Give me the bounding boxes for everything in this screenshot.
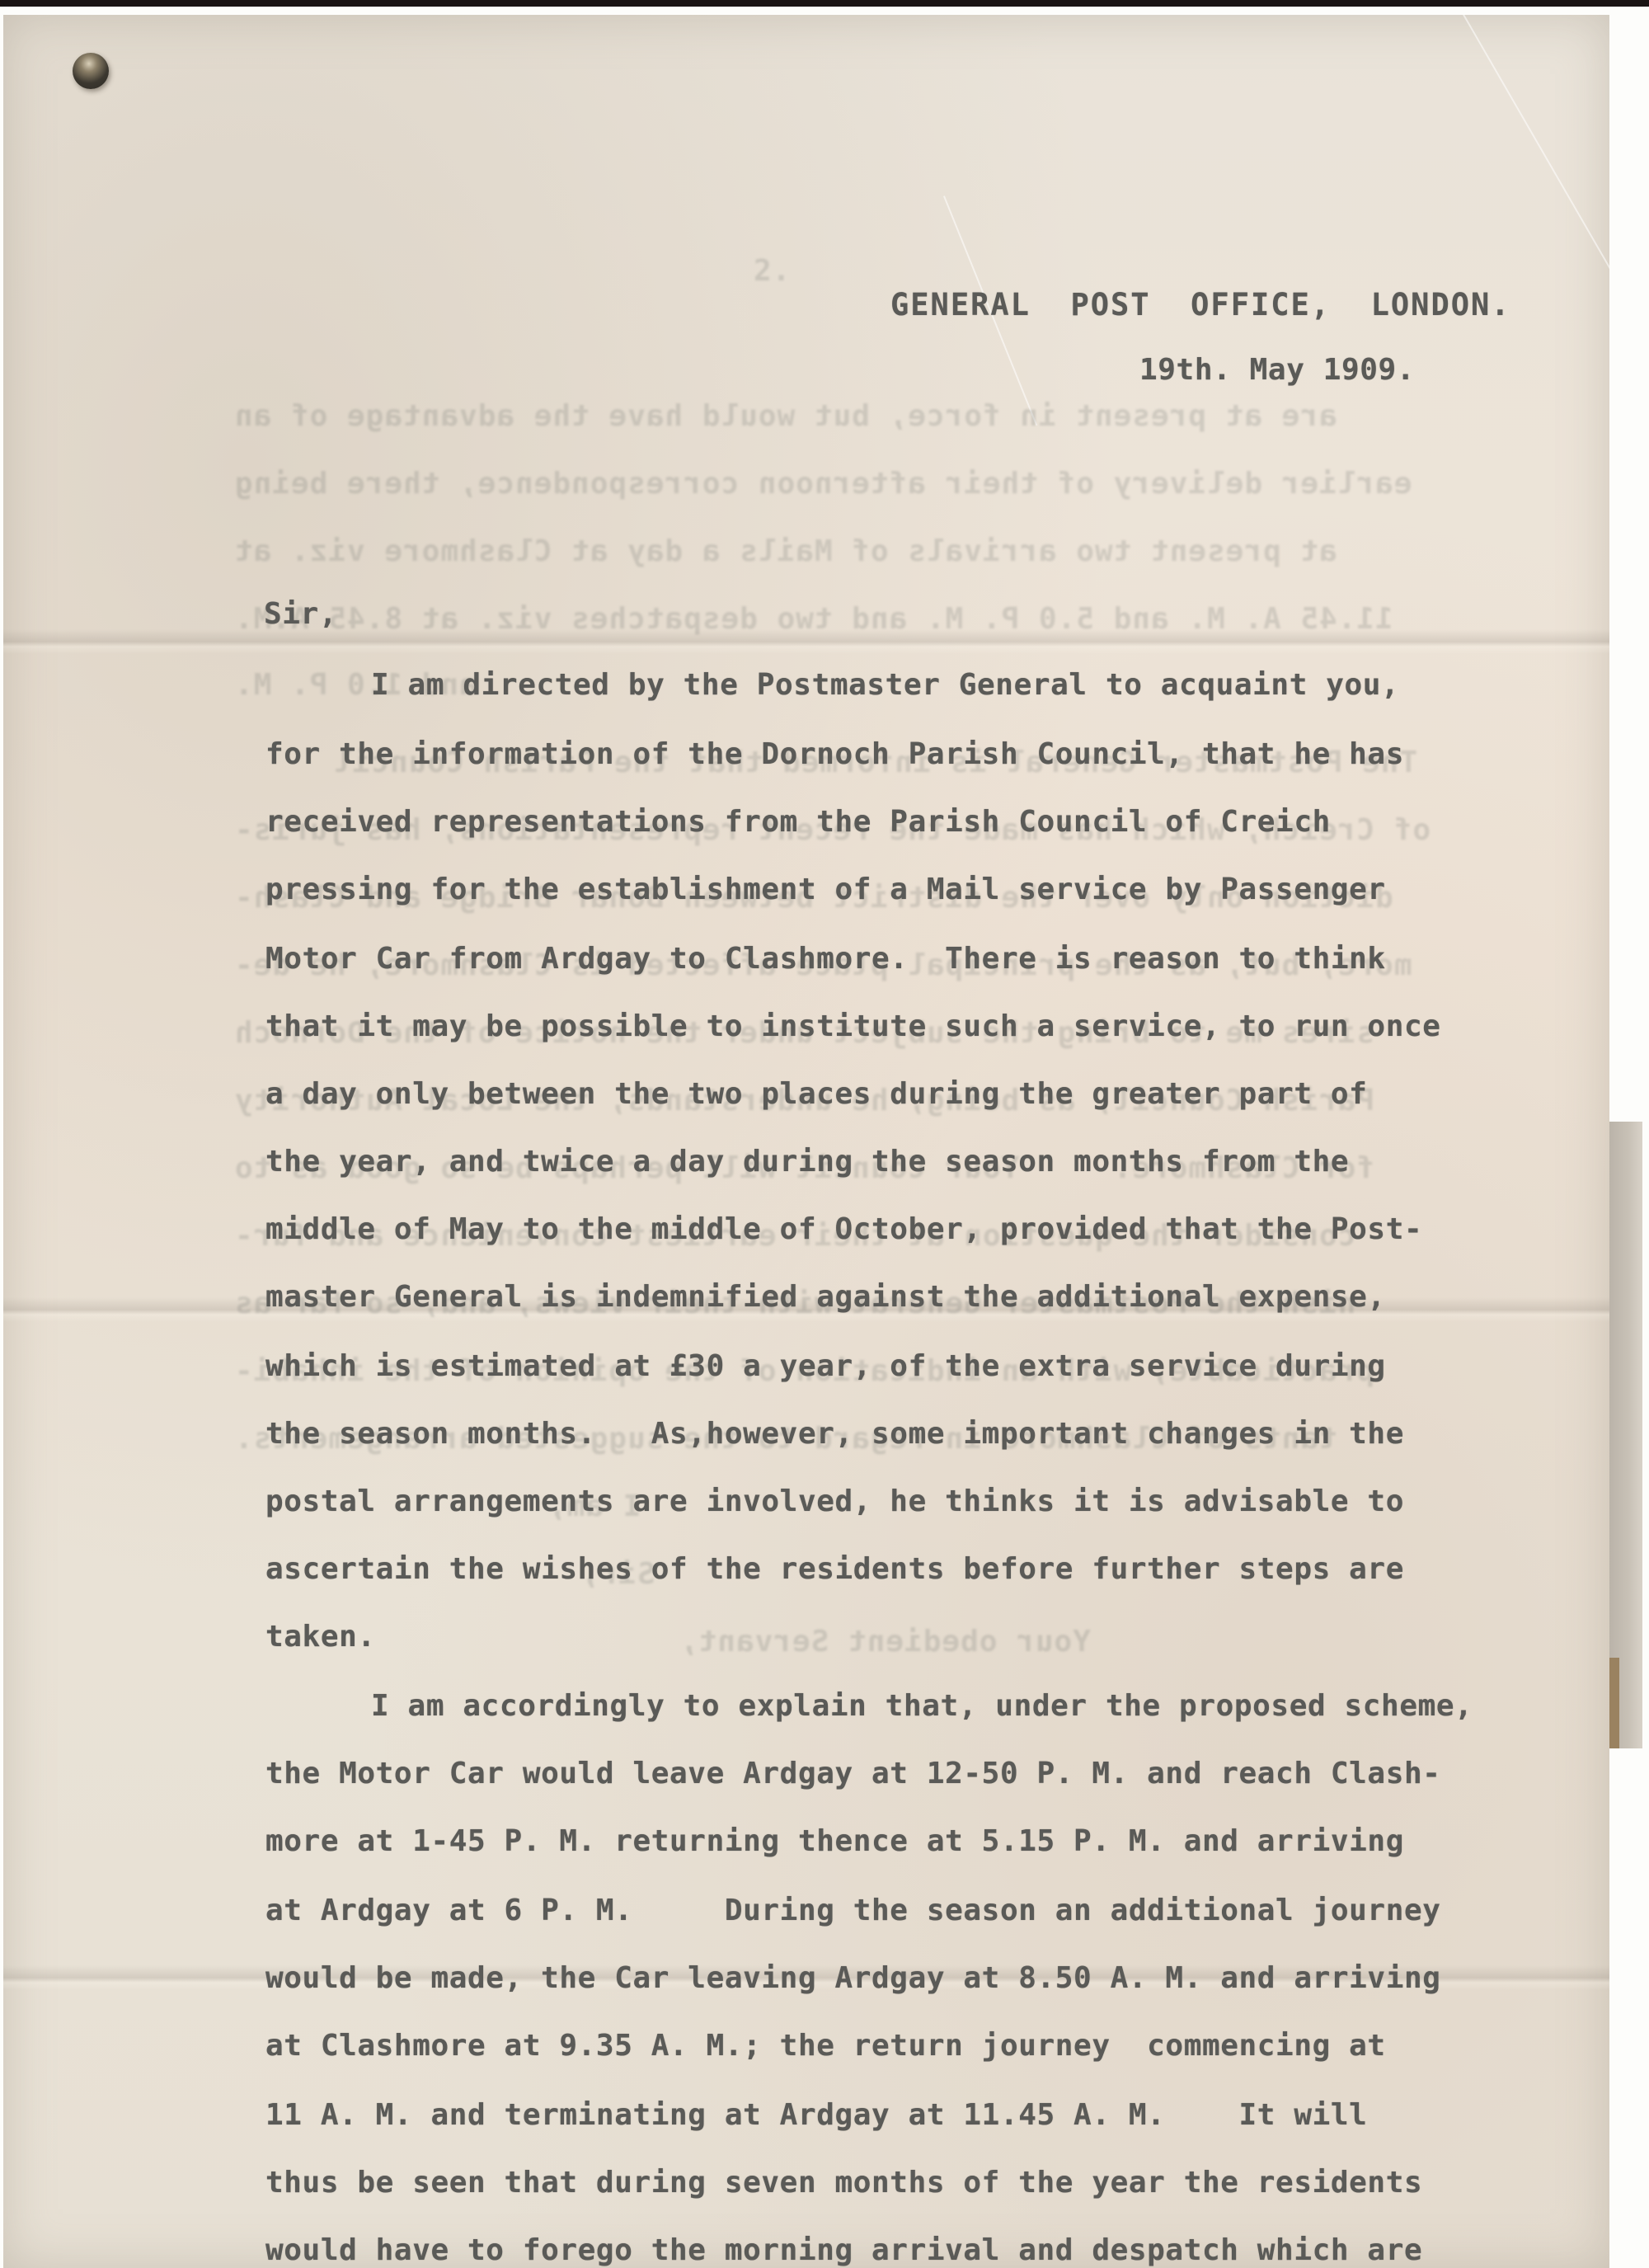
body-line: would have to forego the morning arrival… — [265, 2233, 1422, 2267]
bleed-through-line: are at present in force, but would have … — [234, 399, 1337, 433]
page-number: 2. — [754, 254, 791, 288]
body-line: pressing for the establishment of a Mail… — [265, 873, 1386, 906]
body-line: Motor Car from Ardgay to Clashmore. Ther… — [265, 942, 1386, 976]
body-line: at Clashmore at 9.35 A. M.; the return j… — [265, 2029, 1386, 2063]
paper-crease — [1463, 15, 1609, 415]
body-line: received representations from the Parish… — [265, 805, 1331, 839]
body-line: a day only between the two places during… — [265, 1077, 1367, 1111]
body-line: 11 A. M. and terminating at Ardgay at 11… — [265, 2098, 1367, 2132]
body-line: the season months. As,however, some impo… — [265, 1417, 1404, 1451]
bleed-through-line: at present two arrivals of Mails a day a… — [234, 534, 1337, 568]
body-line: that it may be possible to institute suc… — [265, 1009, 1441, 1043]
body-line: the year, and twice a day during the sea… — [265, 1145, 1349, 1179]
letterhead: GENERAL POST OFFICE, LONDON. — [890, 287, 1511, 322]
body-line: at Ardgay at 6 P. M. During the season a… — [265, 1894, 1441, 1927]
body-line: taken. — [265, 1620, 376, 1654]
underlying-sheet-edge — [1608, 1122, 1642, 1748]
body-line: postal arrangements are involved, he thi… — [265, 1485, 1404, 1518]
stain-mark — [1608, 1658, 1619, 1748]
body-line: would be made, the Car leaving Ardgay at… — [265, 1961, 1441, 1995]
body-line: ascertain the wishes of the residents be… — [265, 1552, 1404, 1586]
bleed-through-line: 11.45 A. M. and 5.0 P. M. and two despat… — [234, 602, 1393, 636]
body-line: I am accordingly to explain that, under … — [371, 1689, 1473, 1723]
body-line: the Motor Car would leave Ardgay at 12-5… — [265, 1757, 1441, 1790]
body-line: middle of May to the middle of October, … — [265, 1212, 1422, 1246]
salutation: Sir, — [264, 597, 337, 631]
paper-fastener-icon — [73, 53, 109, 89]
scanner-edge — [0, 0, 1649, 7]
body-line: for the information of the Dornoch Paris… — [265, 737, 1404, 771]
letter-date: 19th. May 1909. — [1139, 353, 1415, 387]
body-line: master General is indemnified against th… — [265, 1280, 1386, 1314]
body-line: which is estimated at £30 a year, of the… — [265, 1349, 1386, 1383]
bleed-through-line: Your obedient Servant, — [679, 1625, 1091, 1659]
body-line: I am directed by the Postmaster General … — [371, 668, 1399, 702]
body-line: more at 1-45 P. M. returning thence at 5… — [265, 1824, 1404, 1858]
body-line: thus be seen that during seven months of… — [265, 2166, 1422, 2200]
bleed-through-line: earlier delivery of their afternoon corr… — [234, 467, 1412, 501]
letter-page: are at present in force, but would have … — [3, 15, 1609, 2268]
scanned-letter: are at present in force, but would have … — [0, 0, 1649, 2268]
